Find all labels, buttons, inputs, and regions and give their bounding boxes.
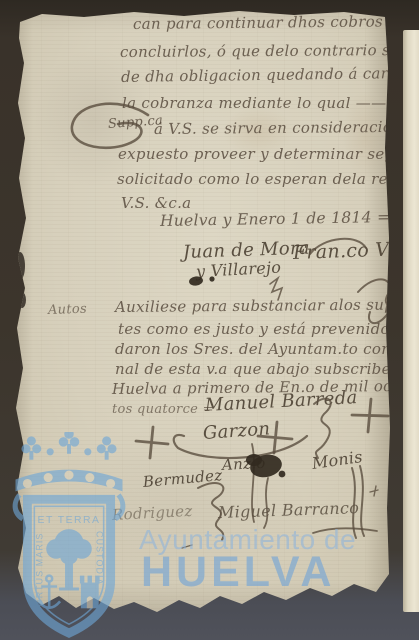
crown-trefoils bbox=[21, 432, 116, 460]
manuscript-scan: can para continuar dhos cobros hasta — c… bbox=[0, 0, 419, 640]
date-line: Huelva y Enero 1 de 1814 = bbox=[160, 210, 391, 230]
crest-motto-top: ET TERRA bbox=[38, 515, 101, 526]
crest-tree bbox=[46, 529, 92, 590]
manuscript-line: expuesto proveer y determinar segun qued… bbox=[118, 147, 419, 162]
decree-line: Auxiliese para substanciar alos suplican bbox=[115, 297, 419, 315]
manuscript-line: solicitado como lo esperan dela rectitud… bbox=[117, 172, 419, 187]
manuscript-line: á V.S. se sirva en consideracion alo bbox=[154, 120, 419, 137]
signature-bermudez: Bermudez bbox=[142, 468, 223, 490]
decree-line: tos quatorce = bbox=[112, 403, 214, 416]
huelva-crest-watermark: ET TERRA PORTUS MARIS CUSTODIA bbox=[8, 432, 130, 640]
paper-damage bbox=[15, 65, 26, 308]
watermark-city-name: HUELVA bbox=[141, 551, 335, 594]
mantling-curl bbox=[114, 493, 126, 521]
decree-line: nal de esta v.a que abajo subscriben En bbox=[115, 362, 419, 377]
signature-francisco-villalva: Fran.co Villalva bbox=[293, 239, 419, 263]
manuscript-line: V.S. &c.a bbox=[121, 196, 191, 211]
pen-mark bbox=[370, 486, 378, 496]
manuscript-line: de dha obligacion quedando á cargo de V.… bbox=[121, 65, 419, 85]
margin-note: Autos bbox=[48, 303, 87, 317]
manuscript-line: la cobranza mediante lo qual ——— bbox=[122, 96, 402, 111]
signature-manuel-barreda: Manuel Barreda bbox=[205, 389, 358, 415]
mantling-curl bbox=[13, 493, 25, 521]
next-page-edge bbox=[403, 30, 419, 612]
manuscript-line: concluirlos, ó que delo contrario seles … bbox=[120, 42, 419, 60]
crest-tower bbox=[80, 576, 100, 609]
signature-garzon: Garzon bbox=[202, 420, 271, 443]
signature-monis: Monis bbox=[311, 449, 364, 472]
manuscript-line: can para continuar dhos cobros hasta — bbox=[133, 14, 419, 32]
signature-villarejo: y Villarejo bbox=[196, 260, 282, 280]
decree-line: daron los Sres. del Ayuntam.to constituc… bbox=[115, 342, 419, 357]
signature-miguel-barranco: Miguel Barranco bbox=[218, 500, 360, 521]
decree-line: tes como es justo y está prevenido. Lo m… bbox=[118, 322, 419, 337]
signature-anzo: Anz.o bbox=[222, 456, 266, 473]
